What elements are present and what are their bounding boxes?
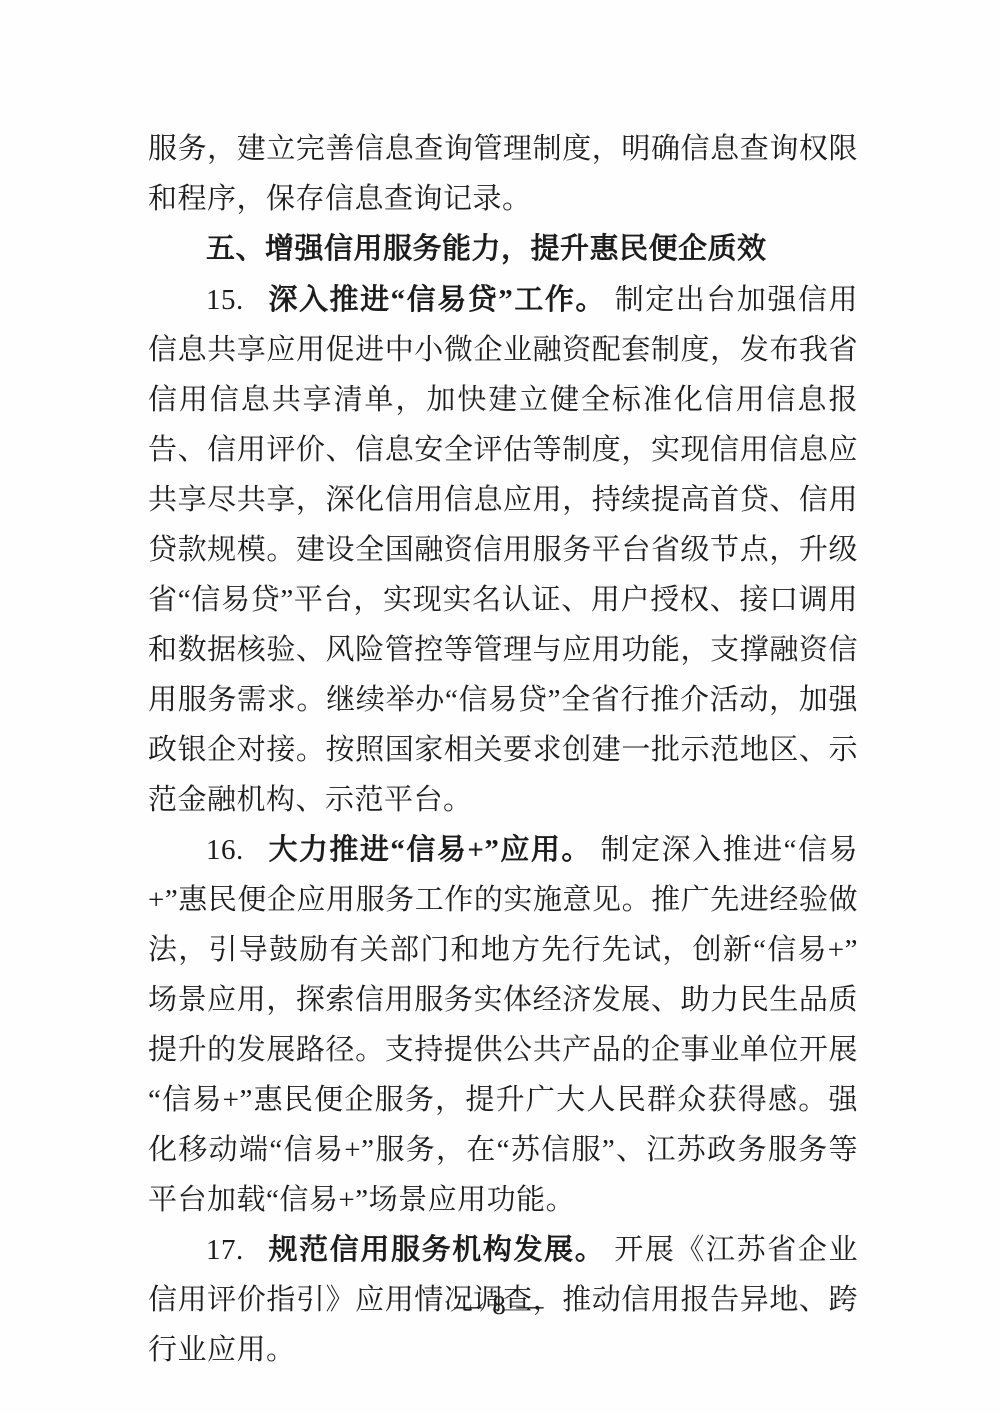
item-15: 15. 深入推进“信易贷”工作。 制定出台加强信用信息共享应用促进中小微企业融资… xyxy=(148,275,858,825)
item-15-lead: 深入推进“信易贷”工作。 xyxy=(268,284,605,316)
item-16-text: 制定深入推进“信易+”惠民便企应用服务工作的实施意见。推广先进经验做法，引导鼓励… xyxy=(148,834,858,1216)
page-number: — 8 — xyxy=(0,1285,1000,1325)
item-15-text: 制定出台加强信用信息共享应用促进中小微企业融资配套制度，发布我省信用信息共享清单… xyxy=(148,284,858,816)
item-16-number: 16. xyxy=(206,834,244,866)
paragraph-continuation: 服务，建立完善信息查询管理制度，明确信息查询权限和程序，保存信息查询记录。 xyxy=(148,124,858,224)
item-15-number: 15. xyxy=(206,284,244,316)
continuation-text: 服务，建立完善信息查询管理制度，明确信息查询权限和程序，保存信息查询记录。 xyxy=(148,133,858,215)
item-17-number: 17. xyxy=(206,1234,244,1266)
item-16-lead: 大力推进“信易+”应用。 xyxy=(268,834,591,866)
item-16: 16. 大力推进“信易+”应用。 制定深入推进“信易+”惠民便企应用服务工作的实… xyxy=(148,825,858,1225)
item-17-lead: 规范信用服务机构发展。 xyxy=(269,1234,606,1266)
document-page: 服务，建立完善信息查询管理制度，明确信息查询权限和程序，保存信息查询记录。 五、… xyxy=(0,0,1000,1414)
section-heading: 五、增强信用服务能力，提升惠民便企质效 xyxy=(148,224,858,275)
text-block: 服务，建立完善信息查询管理制度，明确信息查询权限和程序，保存信息查询记录。 五、… xyxy=(148,124,858,1375)
